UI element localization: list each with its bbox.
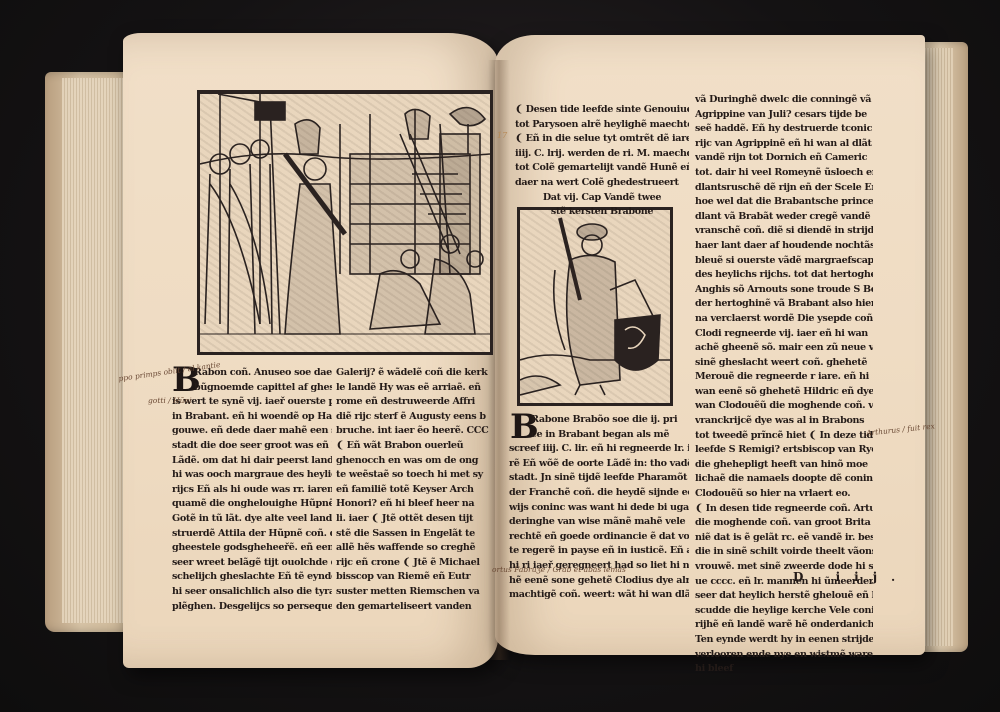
- text-line: stẽ die Sassen in Engelãt te: [336, 527, 492, 542]
- text-line: leefde S Remigi? ertsbiscop van Rye: [695, 443, 873, 458]
- text-line: hi bleef: [695, 662, 873, 677]
- text-line: bleuẽ si ouerste vãdẽ margraefscap: [695, 254, 873, 269]
- text-line: te regerẽ in payse eñ in iusticẽ. Eñ als: [509, 544, 689, 559]
- text-line: seẽ haddẽ. Eñ hy destruerde tconic: [695, 122, 873, 137]
- text-line: bruche. int iaer ẽo heerẽ. CCC: [336, 424, 492, 439]
- text-line: vandẽ rijn tot Dornich eñ Cameric: [695, 151, 873, 166]
- text-line: iiij. C. lrij. werden de ri. M. maechdẽ: [515, 147, 689, 162]
- text-line: des heylichs rijchs. tot dat hertoghe: [695, 268, 873, 283]
- text-line: sinẽ gheslacht weert coñ. ghehetẽ: [695, 356, 873, 371]
- text-line: ❨ In desen tide regneerde coñ. Artur: [695, 502, 873, 517]
- text-line: Anghis sõ Arnouts sone troude S Beg: [695, 283, 873, 298]
- text-line: hẽ eenẽ sone gehetẽ Clodius dye alre: [509, 574, 689, 589]
- text-line: hi was ooch margraue des heylichs: [172, 468, 332, 483]
- text-line: rijc eñ crone ❨ Jtẽ ẽ Michael: [336, 556, 492, 571]
- text-line: achẽ gheenẽ sõ. mair een zũ neue vã: [695, 341, 873, 356]
- text-line: diẽ rijc sterf ẽ Augusty eens b: [336, 410, 492, 425]
- text-line: Lãdẽ. om dat hi dair peerst landen: eñ: [172, 454, 332, 469]
- right-page-column-1-body: Rabone Brabõo soe die ij. pri ce in Brab…: [509, 413, 689, 603]
- text-line: rijcs Eñ als hi oude was rr. iaren so: [172, 483, 332, 498]
- text-line: bũgnoemde capittel af gheseit: [172, 381, 332, 396]
- text-line: in Brabant. eñ hi woendẽ op Halspe: [172, 410, 332, 425]
- marginal-note: gotti / Hũni: [148, 396, 192, 405]
- text-line: Gotẽ in tũ lãt. dye alte veel landẽ be: [172, 512, 332, 527]
- page-edges-left: [62, 78, 132, 623]
- text-line: eñ familiẽ totẽ Keyser Arch: [336, 483, 492, 498]
- text-line: Merouẽ die regneerde r iare. eñ hi: [695, 370, 873, 385]
- text-line: die in sinẽ schilt voirde theelt vãonser: [695, 545, 873, 560]
- text-line: ❨ Desen tide leefde sinte Genouiue: [515, 103, 689, 118]
- text-line: rijc van Agrippinẽ eñ hi wan al dlãt: [695, 137, 873, 152]
- chapter-title: Dat vij. Cap Vandẽ twee: [515, 191, 689, 206]
- text-line: daer na wert Colẽ ghedestrueert: [515, 176, 689, 191]
- text-line: ghenocch en was om de ong: [336, 454, 492, 469]
- text-line: hi seer onsalichlich also die tyrannen: [172, 585, 332, 600]
- text-line: Clodouẽũ so hier na vrlaert eo.: [695, 487, 873, 502]
- text-line: tot Parysoen alrẽ heylighẽ maechte: [515, 118, 689, 133]
- text-line: seer dat heylich herstẽ ghelouẽ eñ be: [695, 589, 873, 604]
- text-line: struerdẽ Attila der Hũpnẽ coñ. dye: [172, 527, 332, 542]
- text-line: haer lant daer af houdende nochtãs: [695, 239, 873, 254]
- text-line: ❨ Eñ in die selue tyt omtrẽt dẽ iare: [515, 132, 689, 147]
- text-line: verlooren ende nye en wistmẽ ware: [695, 648, 873, 663]
- text-line: machtigẽ coñ. weert: wãt hi wan dlãt: [509, 588, 689, 603]
- woodcut-knights-siege-drawing: [200, 94, 490, 352]
- text-line: tot tweedẽ prĩncẽ hiet ❨ In deze tide: [695, 429, 873, 444]
- text-line: ce in Brabant began als mẽ: [509, 428, 689, 443]
- text-line: tot Colẽ gemartelijt vandẽ Hunẽ eñ: [515, 161, 689, 176]
- text-line: wan Clodouẽũ die moghende coñ. vã: [695, 399, 873, 414]
- woodcut-knights-siege: [197, 90, 493, 355]
- text-line: dlant vã Brabãt weder cregẽ vandẽ: [695, 210, 873, 225]
- text-line: quamẽ die onghelouighe Hũpnẽ eñ: [172, 497, 332, 512]
- text-line: seer wreet belãgẽ tijt ouolchde dz m: [172, 556, 332, 571]
- text-line: rome eñ destruweerde Affri: [336, 395, 492, 410]
- text-line: allẽ hẽs waffende so creghẽ: [336, 541, 492, 556]
- text-line: Ten eynde werdt hy in eenen strijde: [695, 633, 873, 648]
- text-line: suster metten Riemschen va: [336, 585, 492, 600]
- text-line: na verclaerst wordẽ Die ysepde coñ.: [695, 312, 873, 327]
- woodcut-nobleman-lion-shield-drawing: [520, 210, 670, 403]
- text-line: niẽ dat is ẽ gelãt rc. eẽ vandẽ ir. best…: [695, 531, 873, 546]
- text-line: stadt die doe seer groot was eñ hierse: [172, 439, 332, 454]
- text-line: der hertoghinẽ vã Brabant also hier: [695, 297, 873, 312]
- text-line: ❨ Eñ wãt Brabon ouerleũ: [336, 439, 492, 454]
- text-line: Honori? eñ hi bleef heer na: [336, 497, 492, 512]
- signature-mark: D iij.: [793, 570, 909, 584]
- text-line: screef iiij. C. lir. eñ hi regneerde lr.…: [509, 442, 689, 457]
- text-line: hoe wel dat die Brabantsche princen: [695, 195, 873, 210]
- text-line: der Franchẽ coñ. die heydẽ sijnde een: [509, 486, 689, 501]
- text-line: Clodi regneerde vij. iaer eñ hi wan: [695, 327, 873, 342]
- text-line: Agrippine van Juli? cesars tijde be: [695, 108, 873, 123]
- text-line: rijhẽ eñ landẽ warẽ hẽ onderdanich: [695, 618, 873, 633]
- text-line: Galerij? ẽ wãdelẽ coñ die kerk: [336, 366, 492, 381]
- text-line: gheestele godsgheheeřẽ. eñ een tyrant: [172, 541, 332, 556]
- text-line: vã Duringhẽ dwelc die conningẽ vã: [695, 93, 873, 108]
- text-line: scudde die heylige kerche Vele coninc: [695, 604, 873, 619]
- left-page-column-2: Galerij? ẽ wãdelẽ coñ die kerk le landẽ …: [336, 366, 492, 614]
- text-line: vranschẽ coñ. diẽ si diendẽ in strijden: [695, 224, 873, 239]
- text-line: is wert te synẽ vij. iaeř ouerste prĩce: [172, 395, 332, 410]
- text-line: wijs coninc was want hi dede bi uga: [509, 501, 689, 516]
- text-line: gouwe. eñ dede daer mahẽ een schoẽ: [172, 424, 332, 439]
- text-line: rechtẽ eñ goede ordinancie ẽ dat volc: [509, 530, 689, 545]
- text-line: Rabone Brabõo soe die ij. pri: [509, 413, 689, 428]
- left-page-column-1: Rabon coñ. Anuseo soe daer it bũgnoemde …: [172, 366, 332, 614]
- text-line: wan eenẽ sõ ghehetẽ Hildric eñ dye: [695, 385, 873, 400]
- text-line: plẽghen. Desgelijcs so persequeerde: [172, 600, 332, 615]
- text-line: die ghehepligt heeft van hinõ moe: [695, 458, 873, 473]
- text-line: lichaẽ die namaels doopte dẽ coninc: [695, 472, 873, 487]
- right-page-heading-block: ❨ Desen tide leefde sinte Genouiue tot P…: [515, 103, 689, 220]
- woodcut-nobleman-lion-shield: [517, 207, 673, 406]
- folio-number: 17: [497, 131, 507, 140]
- marginal-note: ortus Fabruʒe / Grab et abas lemas: [492, 565, 626, 574]
- chapter-title: stẽ kersten Brabone: [515, 205, 689, 220]
- text-line: bisscop van Riemẽ eñ Eutr: [336, 570, 492, 585]
- text-line: vranckrijcẽ dye was al in Brabons: [695, 414, 873, 429]
- text-line: den gemarteliseert vanden: [336, 600, 492, 615]
- text-line: tot. dair hi veel Romeynẽ ũsloech eñ: [695, 166, 873, 181]
- text-line: te weẽstaẽ so toech hi met sy: [336, 468, 492, 483]
- text-line: dlantsruschẽ dẽ rijn eñ der Scele Eñ: [695, 181, 873, 196]
- text-line: die moghende coñ. van groot Brita: [695, 516, 873, 531]
- text-line: deringhe van wise mãnẽ mahẽ vele: [509, 515, 689, 530]
- text-line: stadt. Jn sinẽ tijdẽ leefde Pharamõt: [509, 471, 689, 486]
- text-line: schelijch gheslachte Eñ tẽ eynde sterf: [172, 570, 332, 585]
- text-line: li. iaer ❨ Jtẽ ottẽt desen tijt: [336, 512, 492, 527]
- text-line: rẽ Eñ wõẽ de oorte Lãdẽ in: tho vadẽ: [509, 457, 689, 472]
- right-page-column-2: vã Duringhẽ dwelc die conningẽ vã Agripp…: [695, 93, 873, 677]
- text-line: le landẽ Hy was eẽ arriaẽ. eñ: [336, 381, 492, 396]
